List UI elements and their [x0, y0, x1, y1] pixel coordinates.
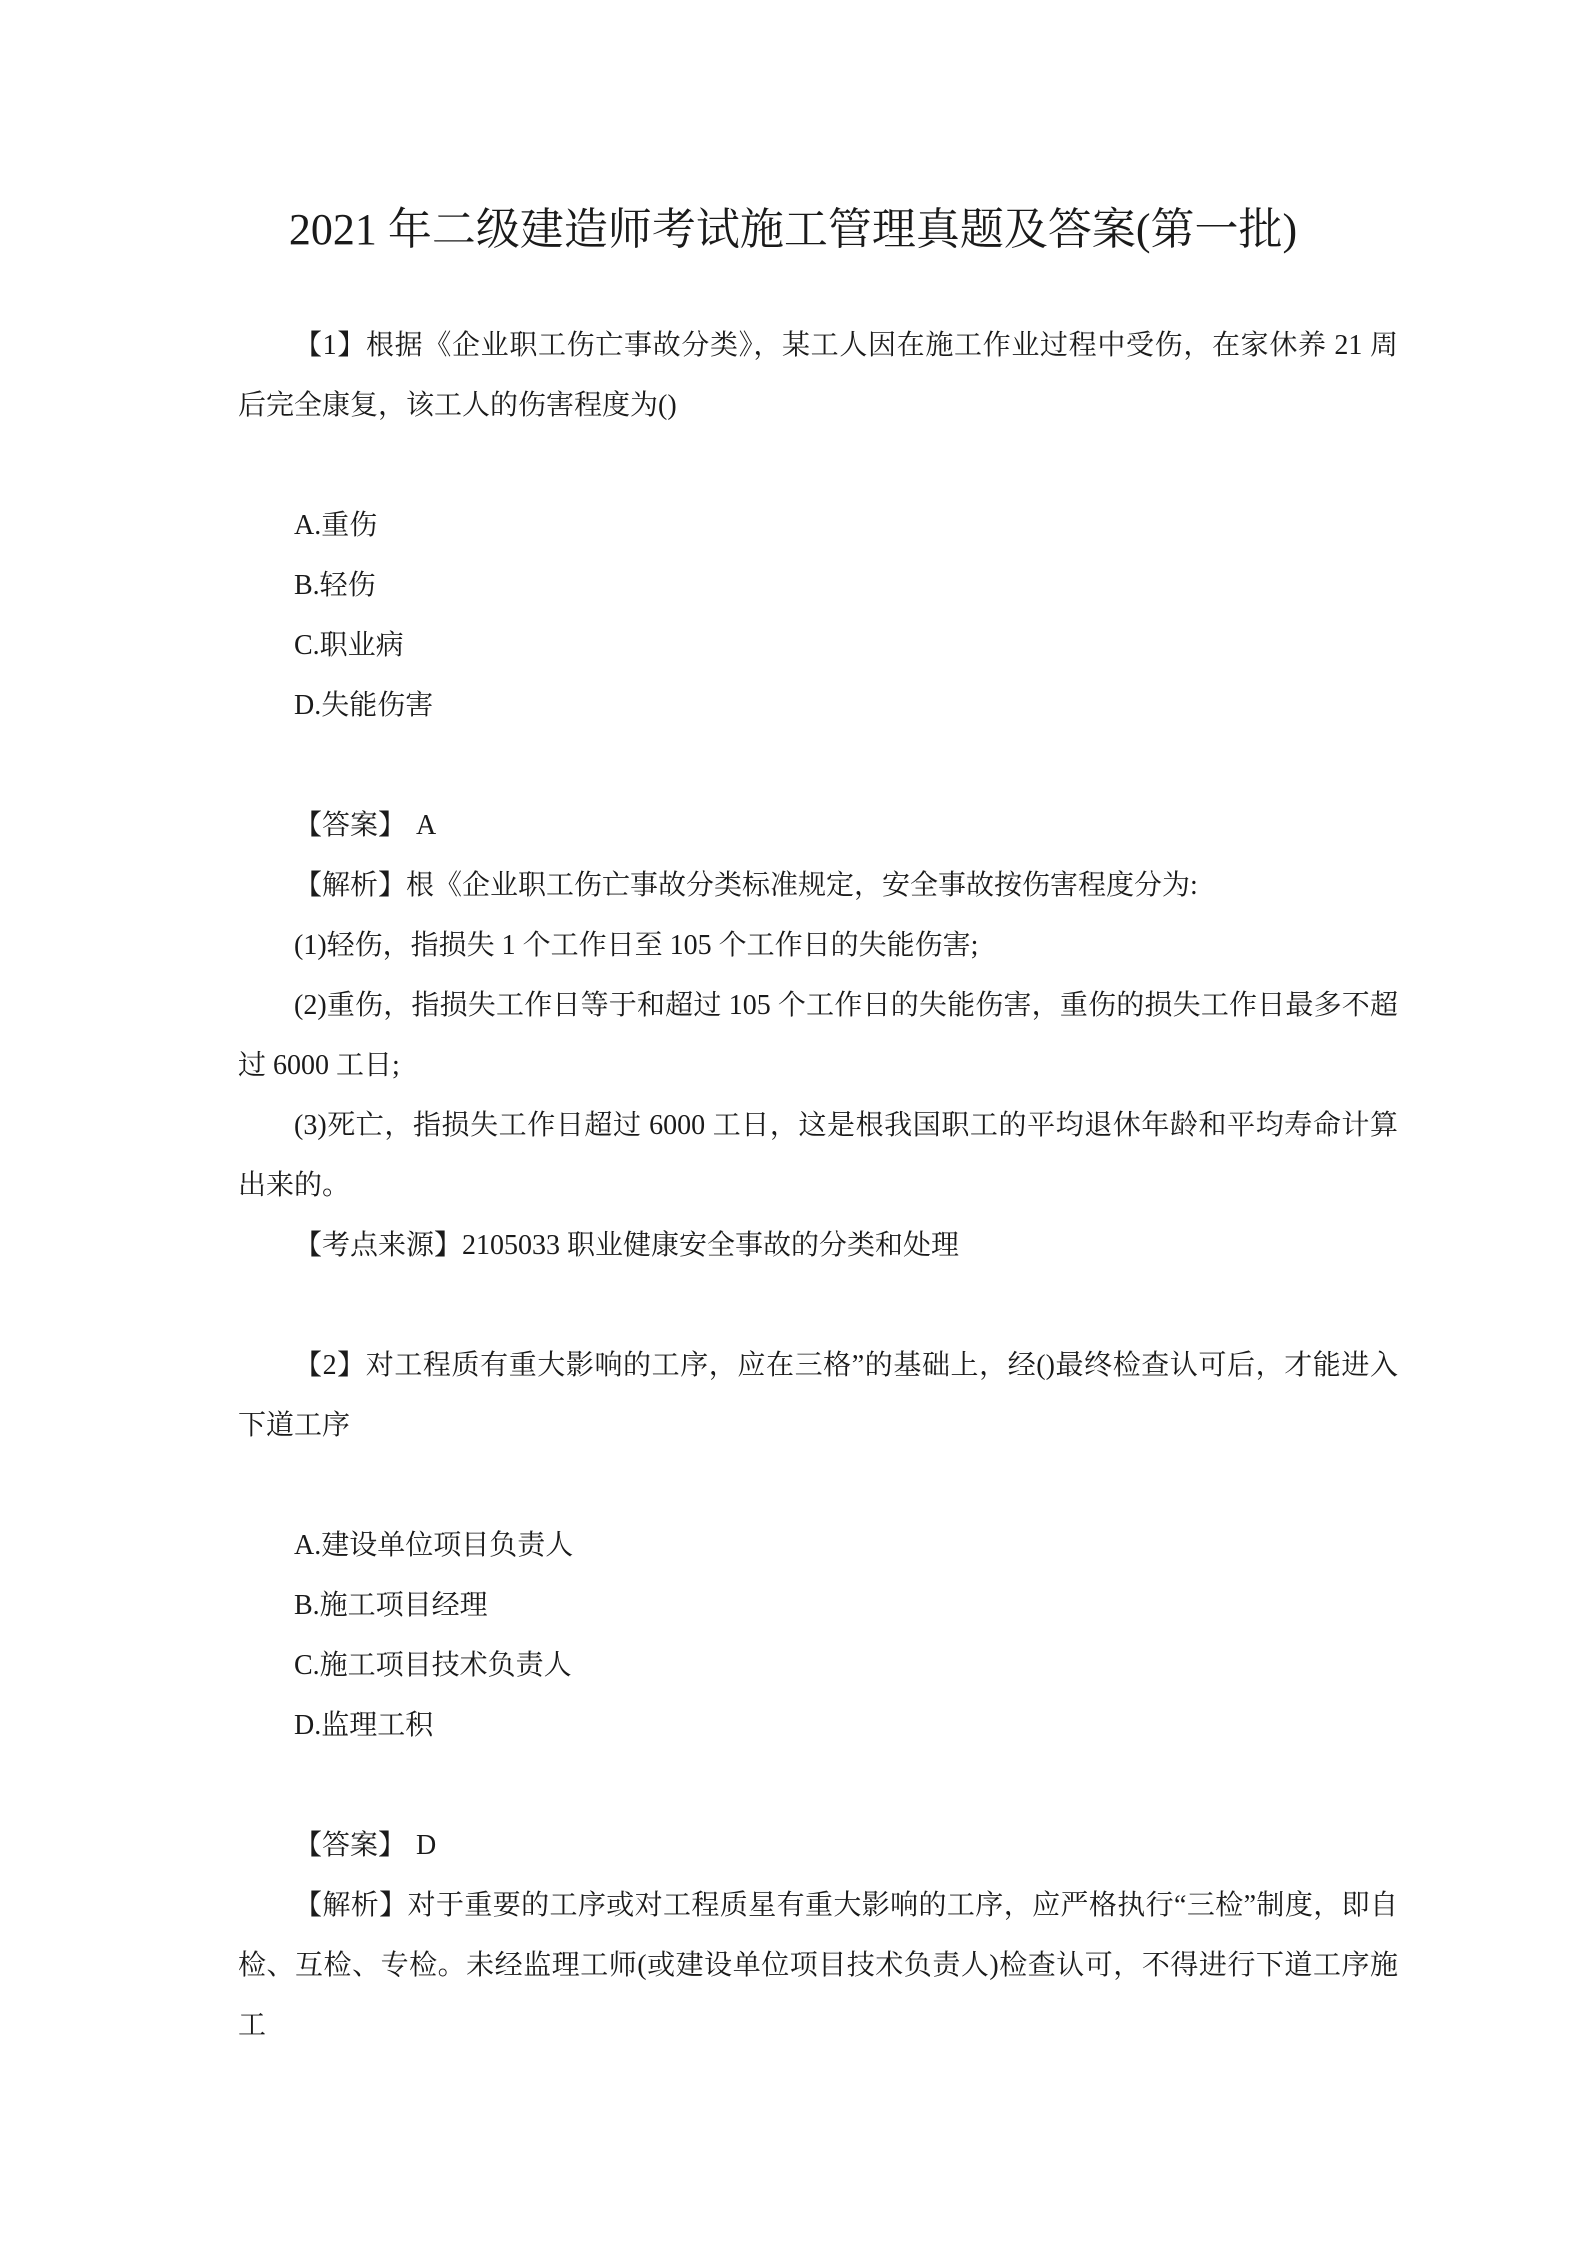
question-1-option-c: C.职业病: [238, 616, 1398, 676]
question-2-answer-line: 【答案】D: [238, 1816, 1398, 1876]
document-body: 【1】根据《企业职工伤亡事故分类》，某工人因在施工作业过程中受伤，在家休养 21…: [238, 316, 1398, 2056]
question-2-explanation: 【答案】D 【解析】对于重要的工序或对工程质星有重大影响的工序，应严格执行“三检…: [238, 1816, 1398, 2056]
question-2-options: A.建设单位项目负责人 B.施工项目经理 C.施工项目技术负责人 D.监理工积: [238, 1516, 1398, 1756]
question-1-option-d: D.失能伤害: [238, 676, 1398, 736]
question-1-options: A.重伤 B.轻伤 C.职业病 D.失能伤害: [238, 496, 1398, 736]
question-1-option-b: B.轻伤: [238, 556, 1398, 616]
question-1-source-line: 【考点来源】2105033 职业健康安全事故的分类和处理: [238, 1216, 1398, 1276]
document-page: 2021 年二级建造师考试施工管理真题及答案(第一批) 【1】根据《企业职工伤亡…: [0, 0, 1586, 2244]
answer-value: A: [416, 810, 436, 841]
question-1-option-a: A.重伤: [238, 496, 1398, 556]
question-2-text: 【2】对工程质有重大影响的工序，应在三格”的基础上，经()最终检查认可后，才能进…: [238, 1336, 1398, 1456]
question-1-analysis-intro: 【解析】根《企业职工伤亡事故分类标准规定，安全事故按伤害程度分为:: [238, 856, 1398, 916]
question-1: 【1】根据《企业职工伤亡事故分类》，某工人因在施工作业过程中受伤，在家休养 21…: [238, 316, 1398, 1276]
question-1-answer-line: 【答案】A: [238, 796, 1398, 856]
question-1-analysis-item-2: (2)重伤，指损失工作日等于和超过 105 个工作日的失能伤害，重伤的损失工作日…: [238, 976, 1398, 1096]
question-2-analysis-intro: 【解析】对于重要的工序或对工程质星有重大影响的工序，应严格执行“三检”制度，即自…: [238, 1876, 1398, 2056]
question-2-option-d: D.监理工积: [238, 1696, 1398, 1756]
document-title: 2021 年二级建造师考试施工管理真题及答案(第一批): [0, 200, 1586, 260]
question-2: 【2】对工程质有重大影响的工序，应在三格”的基础上，经()最终检查认可后，才能进…: [238, 1336, 1398, 2056]
question-2-option-a: A.建设单位项目负责人: [238, 1516, 1398, 1576]
answer-label: 【答案】: [294, 810, 406, 841]
question-1-analysis-item-3: (3)死亡，指损失工作日超过 6000 工日，这是根我国职工的平均退休年龄和平均…: [238, 1096, 1398, 1216]
question-2-option-c: C.施工项目技术负责人: [238, 1636, 1398, 1696]
question-1-analysis-item-1: (1)轻伤，指损失 1 个工作日至 105 个工作日的失能伤害;: [238, 916, 1398, 976]
question-1-text: 【1】根据《企业职工伤亡事故分类》，某工人因在施工作业过程中受伤，在家休养 21…: [238, 316, 1398, 436]
question-1-explanation: 【答案】A 【解析】根《企业职工伤亡事故分类标准规定，安全事故按伤害程度分为: …: [238, 796, 1398, 1276]
answer-label: 【答案】: [294, 1830, 406, 1861]
question-2-option-b: B.施工项目经理: [238, 1576, 1398, 1636]
answer-value: D: [416, 1830, 436, 1861]
